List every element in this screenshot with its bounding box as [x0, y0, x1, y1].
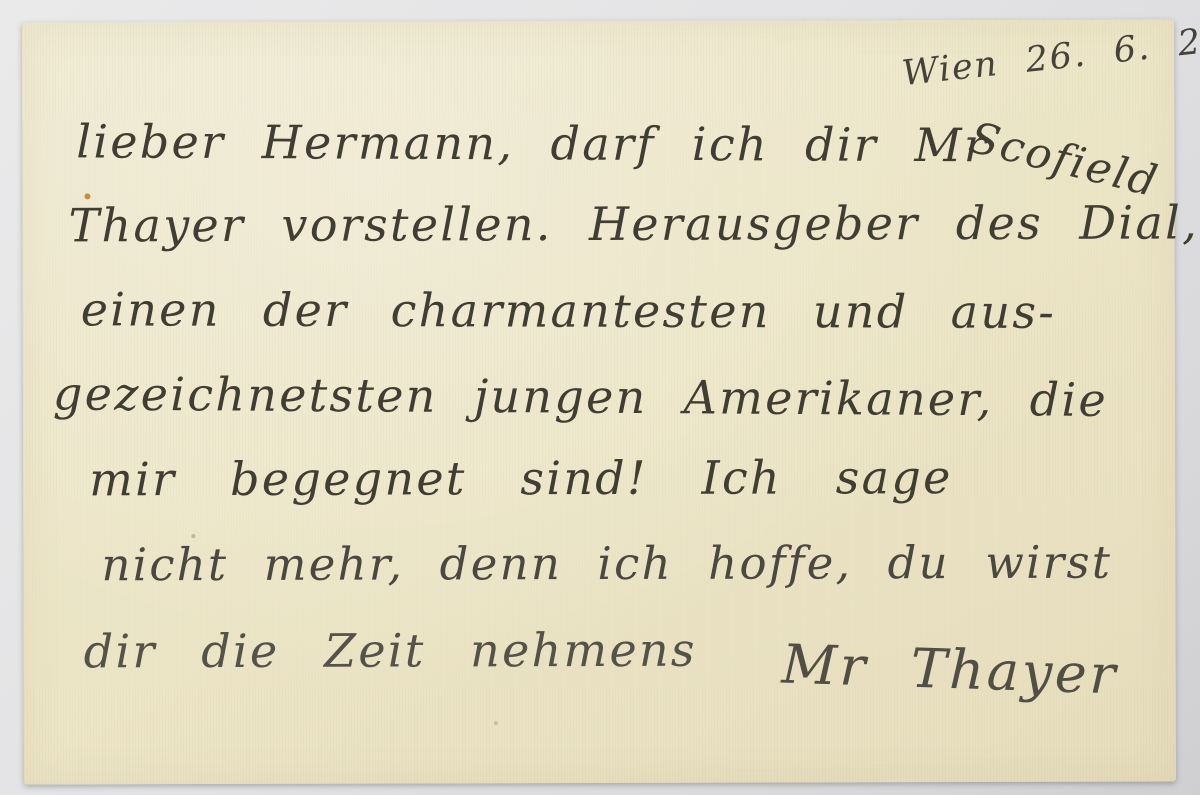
- handwriting-line: nicht mehr, denn ich hoffe, du wirst: [101, 536, 1112, 592]
- handwriting-line: mir begegnet sind! Ich sage: [89, 450, 953, 506]
- handwriting-line: einen der charmantesten und aus-: [81, 282, 1057, 339]
- dateline: Wien 26. 6. 21: [900, 19, 1200, 94]
- handwriting-line: gezeichnetsten jungen Amerikaner, die: [53, 366, 1108, 426]
- handwriting-line: lieber Hermann, darf ich dir Mr: [76, 114, 988, 172]
- signature-name: Mr Thayer: [781, 633, 1119, 707]
- paper-speck: [494, 721, 498, 725]
- handwritten-note-card: Wien 26. 6. 21 lieber Hermann, darf ich …: [22, 19, 1176, 784]
- handwriting-line: dir die Zeit nehmens: [84, 623, 697, 679]
- handwriting-line: Scofield: [964, 113, 1163, 208]
- handwriting-line: Thayer vorstellen. Herausgeber des Dial,: [68, 195, 1199, 252]
